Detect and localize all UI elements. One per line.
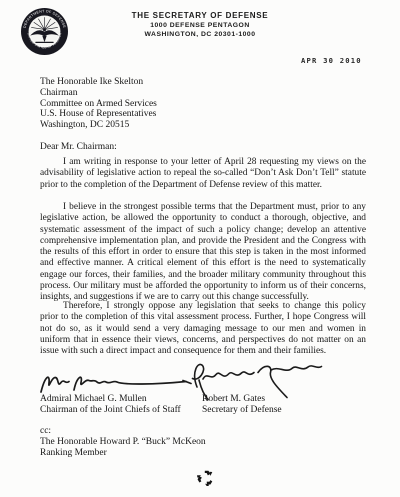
letterhead-address-line1: 1000 DEFENSE PENTAGON (0, 22, 400, 31)
letterhead: THE SECRETARY OF DEFENSE 1000 DEFENSE PE… (0, 11, 400, 39)
body-paragraph-3: Therefore, I strongly oppose any legisla… (40, 301, 366, 357)
recipient-line: Committee on Armed Services (40, 99, 157, 110)
recipient-line: The Honorable Ike Skelton (40, 77, 157, 88)
signature-block-left: Admiral Michael G. Mullen Chairman of th… (40, 394, 181, 416)
cc-line: Ranking Member (40, 448, 206, 459)
recipient-line: Washington, DC 20515 (40, 120, 157, 131)
cc-line: The Honorable Howard P. “Buck” McKeon (40, 437, 206, 448)
body-paragraph-2: I believe in the strongest possible term… (40, 202, 366, 304)
salutation: Dear Mr. Chairman: (40, 142, 117, 152)
cc-label: cc: (40, 426, 206, 437)
signature-block-right: Robert M. Gates Secretary of Defense (202, 394, 282, 416)
signer-title-right: Secretary of Defense (202, 405, 282, 416)
recycle-icon (197, 469, 214, 486)
recipient-line: U.S. House of Representatives (40, 109, 157, 120)
letterhead-address-line2: WASHINGTON, DC 20301-1000 (0, 31, 400, 40)
recipient-address: The Honorable Ike Skelton Chairman Commi… (40, 77, 157, 131)
date-stamp: APR 30 2010 (301, 56, 362, 65)
recipient-line: Chairman (40, 88, 157, 99)
body-paragraph-1: I am writing in response to your letter … (40, 157, 366, 191)
cc-block: cc: The Honorable Howard P. “Buck” McKeo… (40, 426, 206, 458)
letterhead-title: THE SECRETARY OF DEFENSE (0, 11, 400, 20)
signer-title-left: Chairman of the Joint Chiefs of Staff (40, 405, 181, 416)
signer-name-right: Robert M. Gates (202, 394, 282, 405)
letter-page: DEPARTMENT OF DEFENSE UNITED STATES OF A… (0, 0, 400, 497)
signer-name-left: Admiral Michael G. Mullen (40, 394, 181, 405)
